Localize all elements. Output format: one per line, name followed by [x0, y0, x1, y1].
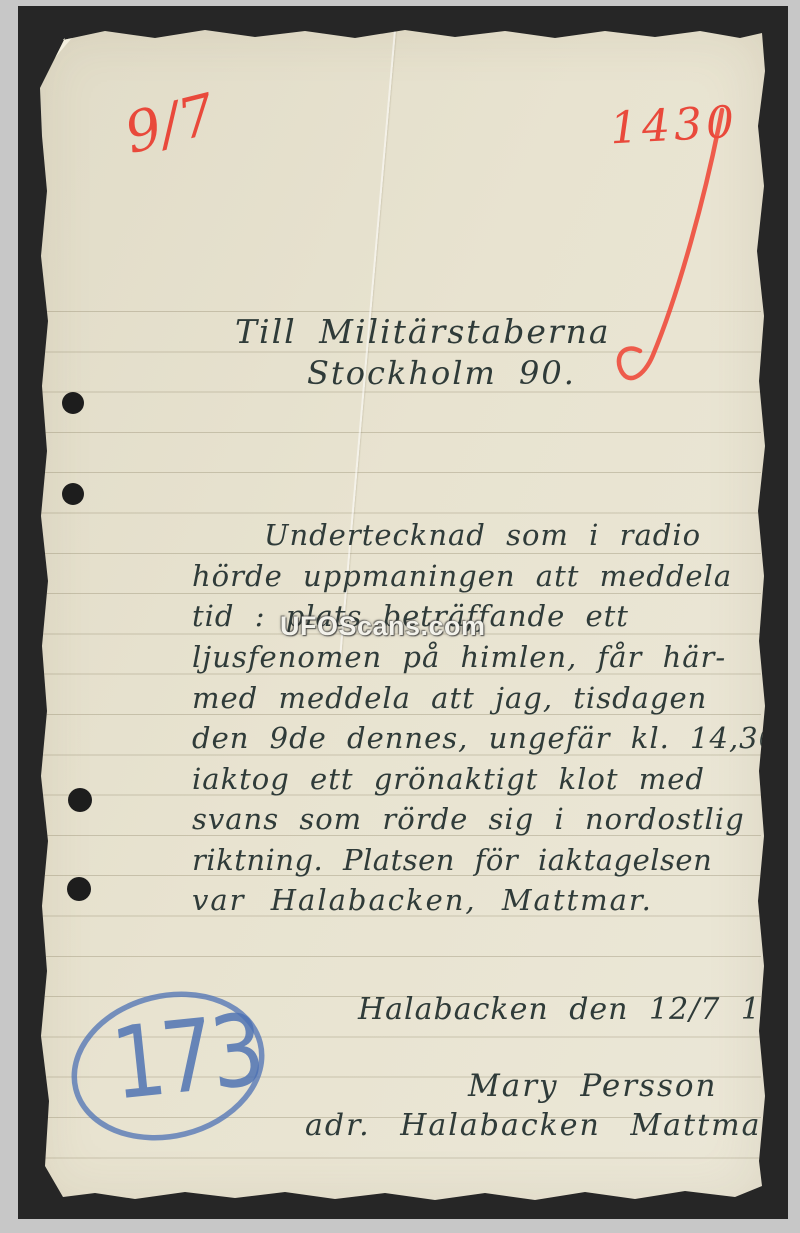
body-line: svans som rörde sig i nordostlig: [192, 802, 745, 836]
punch-hole: [62, 483, 84, 505]
signature-address: adr. Halabacken Mattmar.: [305, 1108, 786, 1143]
address-line-2: Stockholm 90.: [307, 354, 576, 392]
blue-pencil-archive-number: 173: [106, 992, 266, 1123]
red-pencil-date: 9/7: [118, 82, 221, 167]
letter-page: 9/7 1430 Till Militärstaberna Stockholm …: [35, 26, 765, 1206]
scanned-letter-image: 9/7 1430 Till Militärstaberna Stockholm …: [0, 0, 800, 1233]
body-line: var Halabacken, Mattmar.: [192, 883, 653, 917]
body-line: hörde uppmaningen att meddela: [192, 559, 732, 593]
address-line-1: Till Militärstaberna: [235, 312, 611, 351]
watermark-text: UFOScans.com: [280, 611, 486, 642]
body-line: iaktog ett grönaktigt klot med: [192, 762, 705, 796]
signature-name: Mary Persson: [468, 1068, 718, 1104]
body-line: med meddela att jag, tisdagen: [192, 681, 707, 715]
punch-hole: [62, 392, 84, 414]
body-line: den 9de dennes, ungefär kl. 14,30: [192, 721, 778, 755]
body-line: Undertecknad som i radio: [192, 518, 701, 552]
body-line: ljusfenomen på himlen, får här-: [192, 640, 726, 674]
punch-hole: [68, 788, 92, 812]
red-pencil-number: 1430: [609, 97, 739, 155]
body-line: riktning. Platsen för iaktagelsen: [192, 843, 712, 877]
punch-hole: [67, 877, 91, 901]
date-line: Halabacken den 12/7 1946: [358, 992, 800, 1027]
